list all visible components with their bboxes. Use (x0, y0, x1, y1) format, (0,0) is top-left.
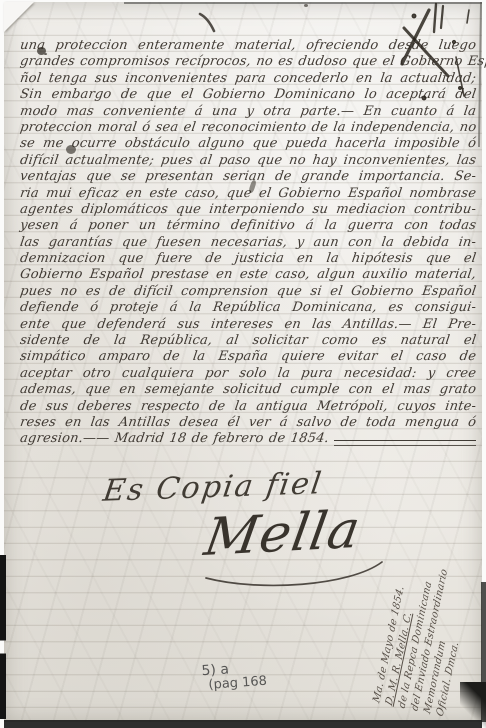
ink-blot (304, 4, 308, 7)
ink-comma-stroke (198, 12, 218, 34)
closing-rule (334, 440, 476, 446)
manuscript-line: ademas, que en semejante solicitud cumpl… (19, 382, 477, 398)
manuscript-line: defiende ó proteje á la República Domini… (19, 300, 477, 316)
manuscript-text-block: una proteccion enteramente material, ofr… (20, 38, 476, 448)
manuscript-line: modo mas conveniente á una y otra parte.… (19, 104, 477, 120)
manuscript-line: Gobierno Español prestase en este caso, … (19, 267, 477, 283)
manuscript-line: sidente de la República, al solicitar co… (19, 333, 477, 349)
manuscript-line: se me ocurre obstáculo alguno que pueda … (19, 136, 477, 152)
manuscript-line: pues no es de difícil comprension que si… (19, 284, 477, 300)
manuscript-line: ria mui eficaz en este caso, que el Gobi… (19, 186, 477, 202)
manuscript-line: demnizacion que fuere de justicia en la … (19, 251, 477, 267)
manuscript-line: grandes compromisos recíprocos, no es du… (19, 54, 477, 70)
manuscript-line: las garantías que fuesen necesarias, y a… (19, 235, 477, 251)
manuscript-line: reses en las Antillas desea él ver á sal… (19, 415, 477, 431)
manuscript-line: ventajas que se presentan serian de gran… (19, 169, 477, 185)
manuscript-line: de sus deberes respecto de la antigua Me… (19, 399, 477, 415)
scanned-page: una proteccion enteramente material, ofr… (0, 0, 486, 728)
manuscript-line: Sin embargo de que el Gobierno Dominican… (19, 87, 477, 103)
paper-sheet: una proteccion enteramente material, ofr… (4, 2, 482, 722)
manuscript-line: ente que defenderá sus intereses en las … (19, 317, 477, 333)
scan-edge-left (0, 555, 6, 719)
signature-flourish (200, 558, 390, 592)
scan-edge-bottom (4, 720, 482, 728)
manuscript-line: proteccion moral ó sea el reconocimiento… (19, 120, 477, 136)
manuscript-line: una proteccion enteramente material, ofr… (19, 38, 477, 54)
manuscript-line: agentes diplomáticos que interponiendo s… (19, 202, 477, 218)
manuscript-line: ñol tenga sus inconvenientes para conced… (19, 71, 477, 87)
manuscript-line: difícil actualmente; pues al paso que no… (19, 153, 477, 169)
pencil-page-note: 5) a (pag 168 (201, 660, 267, 693)
manuscript-line: simpático amparo de la España quiere evi… (19, 349, 477, 365)
fold-corner (4, 2, 34, 32)
manuscript-line: yesen á poner un término definitivo á la… (19, 218, 477, 234)
manuscript-line: aceptar otro cualquiera por solo la pura… (19, 366, 477, 382)
